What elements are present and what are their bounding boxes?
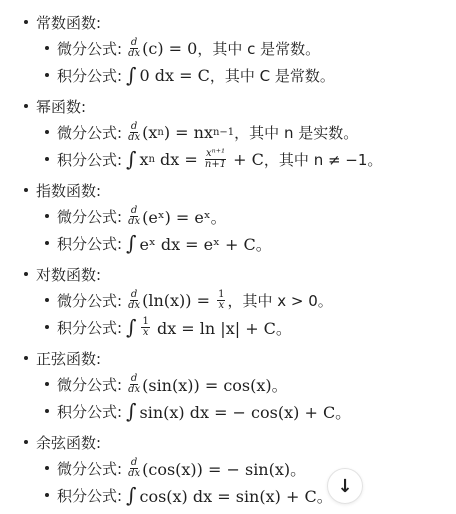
section-title: 正弦函数: bbox=[24, 347, 101, 369]
diff-label: 微分公式: bbox=[57, 458, 122, 479]
bullet-icon bbox=[24, 356, 28, 360]
section-title: 对数函数: bbox=[24, 263, 101, 285]
int-label: 积分公式: bbox=[57, 149, 122, 170]
diff-label: 微分公式: bbox=[57, 122, 122, 143]
diff-formula: 微分公式: ddx (sin(x)) = cos(x)。 bbox=[45, 371, 288, 397]
int-math: ∫ 1x dx = ln |x| + C。 bbox=[126, 315, 292, 339]
int-formula: 积分公式: ∫ cos(x) dx = sin(x) + C。 bbox=[45, 482, 333, 508]
int-formula: 积分公式: ∫ eˣ dx = eˣ + C。 bbox=[45, 230, 272, 256]
diff-formula: 微分公式: ddx (eˣ) = eˣ。 bbox=[45, 203, 227, 229]
int-math: ∫ sin(x) dx = − cos(x) + C。 bbox=[126, 399, 351, 423]
ddx-fraction: ddx bbox=[128, 206, 140, 227]
integral-icon: ∫ bbox=[126, 147, 136, 171]
one-over-x-fraction: 1x bbox=[217, 290, 225, 311]
int-label: 积分公式: bbox=[57, 401, 122, 422]
int-math: ∫ cos(x) dx = sin(x) + C。 bbox=[126, 483, 333, 507]
bullet-icon bbox=[45, 46, 49, 50]
title-text: 对数函数: bbox=[36, 264, 101, 285]
bullet-icon bbox=[45, 130, 49, 134]
title-text: 余弦函数: bbox=[36, 432, 101, 453]
int-math: ∫ 0 dx = C bbox=[126, 63, 210, 87]
ddx-fraction: ddx bbox=[128, 458, 140, 479]
diff-label: 微分公式: bbox=[57, 38, 122, 59]
diff-math: ddx (sin(x)) = cos(x)。 bbox=[126, 373, 288, 396]
int-math: ∫ eˣ dx = eˣ + C。 bbox=[126, 231, 272, 255]
diff-label: 微分公式: bbox=[57, 206, 122, 227]
diff-label: 微分公式: bbox=[57, 374, 122, 395]
int-formula: 积分公式: ∫ xn dx = xⁿ⁺¹n+1 + C ，其中 n ≠ −1。 bbox=[45, 146, 382, 172]
int-note: ，其中 C 是常数。 bbox=[210, 65, 335, 86]
bullet-icon bbox=[24, 188, 28, 192]
diff-formula: 微分公式: ddx (c) = 0 ，其中 c 是常数。 bbox=[45, 35, 320, 61]
integral-icon: ∫ bbox=[126, 63, 136, 87]
ddx-fraction: ddx bbox=[128, 374, 140, 395]
bullet-icon bbox=[45, 325, 49, 329]
int-formula: 积分公式: ∫ 0 dx = C ，其中 C 是常数。 bbox=[45, 62, 335, 88]
diff-formula: 微分公式: ddx (xn) = nxn−1 ，其中 n 是实数。 bbox=[45, 119, 358, 145]
int-label: 积分公式: bbox=[57, 485, 122, 506]
title-text: 指数函数: bbox=[36, 180, 101, 201]
bullet-icon bbox=[45, 493, 49, 497]
bullet-icon bbox=[45, 214, 49, 218]
integral-icon: ∫ bbox=[126, 315, 136, 339]
ddx-fraction: ddx bbox=[128, 122, 140, 143]
diff-label: 微分公式: bbox=[57, 290, 122, 311]
title-text: 幂函数: bbox=[36, 96, 86, 117]
int-label: 积分公式: bbox=[57, 233, 122, 254]
section-title: 指数函数: bbox=[24, 179, 101, 201]
diff-math: ddx (ln(x)) = 1x bbox=[126, 290, 227, 311]
section-title: 余弦函数: bbox=[24, 431, 101, 453]
integral-icon: ∫ bbox=[126, 231, 136, 255]
title-text: 正弦函数: bbox=[36, 348, 101, 369]
diff-formula: 微分公式: ddx (ln(x)) = 1x ，其中 x > 0。 bbox=[45, 287, 333, 313]
int-math: ∫ xn dx = xⁿ⁺¹n+1 + C bbox=[126, 147, 264, 171]
bullet-icon bbox=[24, 272, 28, 276]
diff-math: ddx (xn) = nxn−1 bbox=[126, 122, 234, 143]
one-over-x-fraction: 1x bbox=[141, 317, 149, 338]
bullet-icon bbox=[24, 20, 28, 24]
diff-formula: 微分公式: ddx (cos(x)) = − sin(x)。 bbox=[45, 455, 306, 481]
int-formula: 积分公式: ∫ 1x dx = ln |x| + C。 bbox=[45, 314, 292, 340]
bullet-icon bbox=[24, 104, 28, 108]
section-title: 常数函数: bbox=[24, 11, 101, 33]
bullet-icon bbox=[45, 157, 49, 161]
diff-note: ，其中 x > 0。 bbox=[227, 290, 332, 311]
diff-note: ，其中 c 是常数。 bbox=[197, 38, 320, 59]
integral-icon: ∫ bbox=[126, 399, 136, 423]
bullet-icon bbox=[45, 241, 49, 245]
int-label: 积分公式: bbox=[57, 65, 122, 86]
ddx-fraction: ddx bbox=[128, 38, 140, 59]
int-label: 积分公式: bbox=[57, 317, 122, 338]
int-note: ，其中 n ≠ −1。 bbox=[264, 149, 383, 170]
bullet-icon bbox=[45, 409, 49, 413]
power-fraction: xⁿ⁺¹n+1 bbox=[205, 149, 226, 170]
diff-math: ddx (eˣ) = eˣ。 bbox=[126, 205, 227, 228]
bullet-icon bbox=[45, 382, 49, 386]
int-formula: 积分公式: ∫ sin(x) dx = − cos(x) + C。 bbox=[45, 398, 351, 424]
diff-note: ，其中 n 是实数。 bbox=[234, 122, 358, 143]
diff-math: ddx (cos(x)) = − sin(x)。 bbox=[126, 457, 306, 480]
ddx-fraction: ddx bbox=[128, 290, 140, 311]
title-text: 常数函数: bbox=[36, 12, 101, 33]
arrow-down-icon: ↓ bbox=[337, 476, 352, 497]
bullet-icon bbox=[45, 73, 49, 77]
bullet-icon bbox=[45, 298, 49, 302]
scroll-to-bottom-button[interactable]: ↓ bbox=[327, 468, 363, 504]
integral-icon: ∫ bbox=[126, 483, 136, 507]
diff-math: ddx (c) = 0 bbox=[126, 38, 197, 59]
bullet-icon bbox=[24, 440, 28, 444]
section-title: 幂函数: bbox=[24, 95, 86, 117]
bullet-icon bbox=[45, 466, 49, 470]
